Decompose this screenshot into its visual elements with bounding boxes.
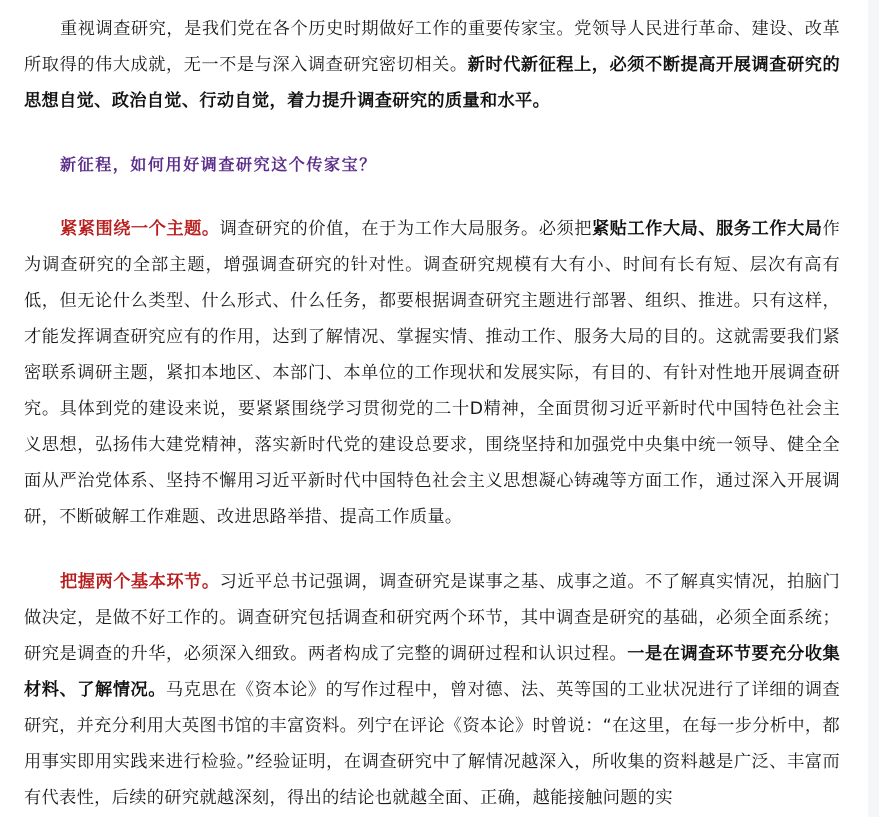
- spacer: [24, 119, 840, 147]
- section2-paragraph: 把握两个基本环节。习近平总书记强调，调查研究是谋事之基、成事之道。不了解真实情况…: [24, 564, 840, 816]
- article-body: 重视调查研究，是我们党在各个历史时期做好工作的重要传家宝。党领导人民进行革命、建…: [24, 11, 840, 816]
- intro-paragraph: 重视调查研究，是我们党在各个历史时期做好工作的重要传家宝。党领导人民进行革命、建…: [24, 11, 840, 119]
- section1-text-b: 作为调查研究的全部主题，增强调查研究的针对性。调查研究规模有大有小、时间有长有短…: [24, 219, 840, 527]
- spacer: [24, 183, 840, 211]
- section-subheading: 新征程，如何用好调查研究这个传家宝？: [24, 147, 840, 183]
- section2-lead: 把握两个基本环节。: [60, 572, 220, 592]
- section1-lead: 紧紧围绕一个主题。: [60, 219, 220, 239]
- section1-text-a: 调查研究的价值，在于为工作大局服务。必须把: [220, 219, 592, 239]
- scrollbar-track[interactable]: [868, 0, 879, 817]
- section1-bold-text: 紧贴工作大局、服务工作大局: [592, 219, 823, 239]
- article-page: 重视调查研究，是我们党在各个历史时期做好工作的重要传家宝。党领导人民进行革命、建…: [0, 0, 868, 817]
- spacer: [24, 535, 840, 564]
- section1-paragraph: 紧紧围绕一个主题。调查研究的价值，在于为工作大局服务。必须把紧贴工作大局、服务工…: [24, 211, 840, 535]
